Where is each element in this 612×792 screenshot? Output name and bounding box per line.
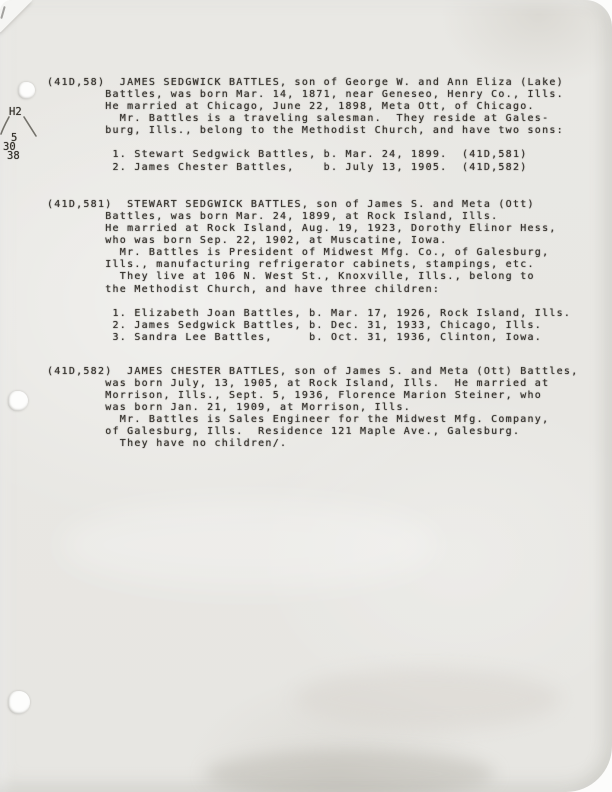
paper-texture-highlight	[60, 500, 440, 590]
margin-number: 38	[7, 150, 20, 162]
paper-page: H2 5 30 38 (41D,58) JAMES SEDGWICK BATTL…	[0, 0, 612, 792]
bleed-through-smudge	[295, 668, 560, 730]
genealogy-entry-james-chester-battles: (41D,582) JAMES CHESTER BATTLES, son of …	[47, 366, 578, 451]
punch-hole-middle	[8, 391, 28, 411]
genealogy-entry-stewart-sedgwick-battles: (41D,581) STEWART SEDGWICK BATTLES, son …	[47, 199, 571, 345]
punch-hole-top	[18, 82, 35, 99]
genealogy-entry-james-sedgwick-battles: (41D,58) JAMES SEDGWICK BATTLES, son of …	[47, 77, 564, 174]
bottom-edge-smudge	[205, 750, 495, 792]
punch-hole-bottom	[8, 691, 30, 714]
corner-fold	[0, 0, 32, 32]
scanned-document: { "document": { "margin": { "code": "H2"…	[0, 0, 612, 792]
